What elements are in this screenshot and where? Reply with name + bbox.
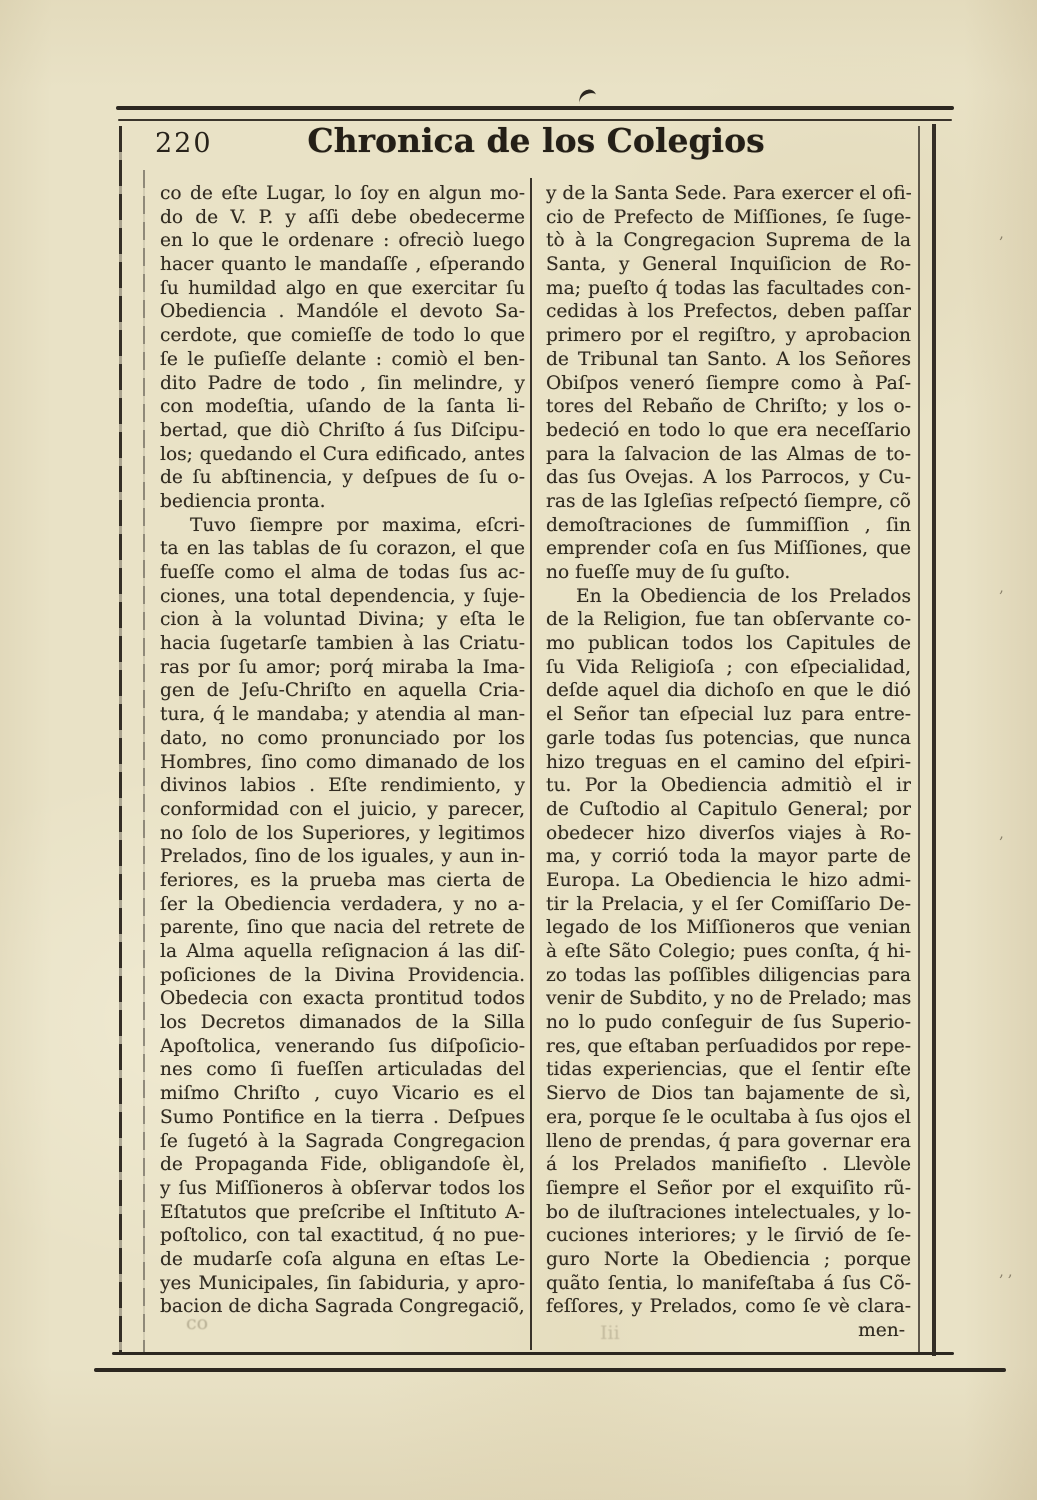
text-line: Siervo de Dios tan bajamente de sì, [546, 1082, 911, 1106]
text-line: tores del Rebaño de Chriſto; y los o- [546, 395, 911, 419]
text-column-left: co de eſte Lugar, lo ſoy en algun mo-do … [160, 182, 525, 1319]
text-line: tu. Por la Obediencia admitiò el ir [546, 774, 911, 798]
text-line: dato, no como pronunciado por los [160, 727, 525, 751]
text-line: lleno de prendas, q́ para governar era [546, 1130, 911, 1154]
text-line: ma, y corrió toda la mayor parte de [546, 845, 911, 869]
text-line: ras de las Igleſias reſpectó ſiempre, cõ [546, 490, 911, 514]
text-line: garle todas ſus potencias, que nunca [546, 727, 911, 751]
text-line: Sumo Pontifice en la tierra . Deſpues [160, 1106, 525, 1130]
text-line: miſmo Chriſto , cuyo Vicario es el [160, 1082, 525, 1106]
text-line: demoſtraciones de ſummiſſion , ſin [546, 514, 911, 538]
text-line: ſe le puſieſſe delante : comiò el ben- [160, 348, 525, 372]
column-divider-rule [530, 178, 532, 1350]
running-title: Chronica de los Colegios [118, 121, 954, 160]
text-line: los Decretos dimanados de la Silla [160, 1011, 525, 1035]
text-line: fueſſe como el alma de todas ſus ac- [160, 561, 525, 585]
text-line: emprender coſa en ſus Miſſiones, que [546, 537, 911, 561]
text-line: ciones, una total dependencia, y ſuje- [160, 585, 525, 609]
text-line: poſiciones de la Divina Providencia. [160, 964, 525, 988]
text-line: bediencia pronta. [160, 490, 525, 514]
text-line: en lo que le ordenare : ofreciò luego [160, 229, 525, 253]
text-line: no ſolo de los Superiores, y legitimos [160, 822, 525, 846]
text-line: el Señor tan eſpecial luz para entre- [546, 703, 911, 727]
text-line: de mudarſe coſa alguna en eſtas Le- [160, 1248, 525, 1272]
text-line: no fueſſe muy de ſu guſto. [546, 561, 911, 585]
bottom-rule-outer [94, 1368, 1006, 1372]
text-line: do de V. P. y aſſi debe obedecerme [160, 206, 525, 230]
text-line: bacion de dicha Sagrada Congregaciõ, [160, 1295, 525, 1319]
text-line: bo de iluſtraciones intelectuales, y lo- [546, 1201, 911, 1225]
text-line: cerdote, que comieſſe de todo lo que [160, 324, 525, 348]
text-line: de Propaganda Fide, obligandoſe èl, [160, 1153, 525, 1177]
ink-flourish-mark [577, 88, 597, 104]
text-line: Obedecia con exacta prontitud todos [160, 987, 525, 1011]
top-rule-outer [116, 106, 954, 110]
text-line: de ſu abſtinencia, y deſpues de ſu o- [160, 466, 525, 490]
text-line: tir la Prelacia, y el ſer Comiſſario De- [546, 893, 911, 917]
text-line: res, que eſtaban perſuadidos por repe- [546, 1035, 911, 1059]
text-line: con modeſtia, uſando de la ſanta li- [160, 395, 525, 419]
text-line: legado de los Miſſioneros que venian [546, 916, 911, 940]
showthrough-signature: Iii [600, 1322, 620, 1344]
text-line: cio de Prefecto de Miſſiones, ſe ſuge- [546, 206, 911, 230]
text-line: Prelados, ſino de los iguales, y aun in- [160, 845, 525, 869]
text-line: venir de Subdito, y no de Prelado; mas [546, 987, 911, 1011]
text-line: y ſus Miſſioneros à obſervar todos los [160, 1177, 525, 1201]
text-line: yes Municipales, ſin ſabiduria, y apro- [160, 1272, 525, 1296]
text-line: tidas experiencias, que el ſentir eſte [546, 1058, 911, 1082]
text-line: guro Norte la Obediencia ; porque [546, 1248, 911, 1272]
text-line: tura, q́ le mandaba; y atendia al man- [160, 703, 525, 727]
text-line: Europa. La Obediencia le hizo admi- [546, 869, 911, 893]
text-line: y de la Santa Sede. Para exercer el ofi- [546, 182, 911, 206]
bottom-rule-inner [112, 1352, 954, 1355]
left-border-rule-inner [143, 170, 145, 1354]
text-line: das ſus Ovejas. A los Parrocos, y Cu- [546, 466, 911, 490]
text-line: de Tribunal tan Santo. A los Señores [546, 348, 911, 372]
text-line: Obiſpos veneró ſiempre como à Paſ- [546, 372, 911, 396]
text-line: ſu humildad algo en que exercitar ſu [160, 277, 525, 301]
margin-speck: ‚ [999, 578, 1004, 596]
text-line: Eſtatutos que preſcribe el Inſtituto A- [160, 1201, 525, 1225]
text-line: conformidad con el juicio, y parecer, [160, 798, 525, 822]
text-line: gen de Jeſu-Chriſto en aquella Cria- [160, 679, 525, 703]
margin-speck: ‚‚ [999, 1262, 1017, 1280]
text-line: ras por ſu amor; porq́ miraba la Ima- [160, 656, 525, 680]
text-line: ſe ſugetó à la Sagrada Congregacion [160, 1130, 525, 1154]
text-line: no lo pudo conſeguir de ſus Superio- [546, 1011, 911, 1035]
text-line: cedidas à los Prefectos, deben paſſar [546, 300, 911, 324]
margin-speck: ‚ [999, 824, 1004, 842]
text-line: feriores, es la prueba mas cierta de [160, 869, 525, 893]
text-line: à eſte Sãto Colegio; pues conſta, q́ hi- [546, 940, 911, 964]
text-line: quãto ſentia, lo manifeſtaba á ſus Cõ- [546, 1272, 911, 1296]
text-line: dito Padre de todo , ſin melindre, y [160, 372, 525, 396]
text-line: nes como ſi fueſſen articuladas del [160, 1058, 525, 1082]
text-line: primero por el regiſtro, y aprobacion [546, 324, 911, 348]
text-line: zo todas las poſſibles diligencias para [546, 964, 911, 988]
text-line: ſiempre el Señor por el exquiſito rũ- [546, 1177, 911, 1201]
text-line: era, porque ſe le ocultaba à ſus ojos el [546, 1106, 911, 1130]
text-line: ſu Vida Religioſa ; con eſpecialidad, [546, 656, 911, 680]
text-line: En la Obediencia de los Prelados [546, 585, 911, 609]
text-line: bertad, que diò Chriſto á ſus Diſcipu- [160, 419, 525, 443]
text-line: ſer la Obediencia verdadera, y no a- [160, 893, 525, 917]
text-line: mo publican todos los Capitules de [546, 632, 911, 656]
right-border-rule-outer [932, 124, 936, 1356]
text-line: ma; pueſto q́ todas las facultades con- [546, 277, 911, 301]
text-line: obedecer hizo diverſos viajes à Ro- [546, 822, 911, 846]
text-line: los; quedando el Cura edificado, antes [160, 443, 525, 467]
text-line: divinos labios . Eſte rendimiento, y [160, 774, 525, 798]
text-line: Santa, y General Inquiſicion de Ro- [546, 253, 911, 277]
text-line: de Cuſtodio al Capitulo General; por [546, 798, 911, 822]
text-line: hacer quanto le mandaſſe , eſperando [160, 253, 525, 277]
text-line: deſde aquel dia dichoſo en que le dió [546, 679, 911, 703]
text-line: Apoſtolica, venerando ſus diſpoſicio- [160, 1035, 525, 1059]
text-line: para la ſalvacion de las Almas de to- [546, 443, 911, 467]
text-line: Obediencia . Mandóle el devoto Sa- [160, 300, 525, 324]
text-line: Hombres, ſino como dimanado de los [160, 751, 525, 775]
text-line: feſſores, y Prelados, como ſe vè clara- [546, 1295, 911, 1319]
showthrough-text: co [186, 1312, 208, 1334]
text-line: Tuvo ſiempre por maxima, eſcri- [160, 514, 525, 538]
text-column-right: y de la Santa Sede. Para exercer el ofi-… [546, 182, 911, 1343]
text-line: poſtolico, con tal exactitud, q́ no pue- [160, 1224, 525, 1248]
text-line: tò à la Congregacion Suprema de la [546, 229, 911, 253]
text-line: hacia ſugetarſe tambien à las Criatu- [160, 632, 525, 656]
text-line: hizo treguas en el camino del eſpiri- [546, 751, 911, 775]
text-line: parente, ſino que nacia del retrete de [160, 916, 525, 940]
margin-speck: ‚ [999, 224, 1004, 242]
book-page-scan: 220 Chronica de los Colegios co de eſte … [0, 0, 1037, 1500]
text-line: bedeció en todo lo que era neceſſario [546, 419, 911, 443]
text-line: á los Prelados manifieſto . Llevòle [546, 1153, 911, 1177]
left-border-rule-outer [119, 126, 122, 1354]
text-line: cuciones interiores; y le ſirvió de ſe- [546, 1224, 911, 1248]
text-line: la Alma aquella reſignacion á las diſ- [160, 940, 525, 964]
right-border-rule-inner [918, 126, 920, 1354]
text-line: ta en las tablas de ſu corazon, el que [160, 537, 525, 561]
text-line: de la Religion, fue tan obſervante co- [546, 608, 911, 632]
text-line: cion à la voluntad Divina; y eſta le [160, 608, 525, 632]
text-line: co de eſte Lugar, lo ſoy en algun mo- [160, 182, 525, 206]
